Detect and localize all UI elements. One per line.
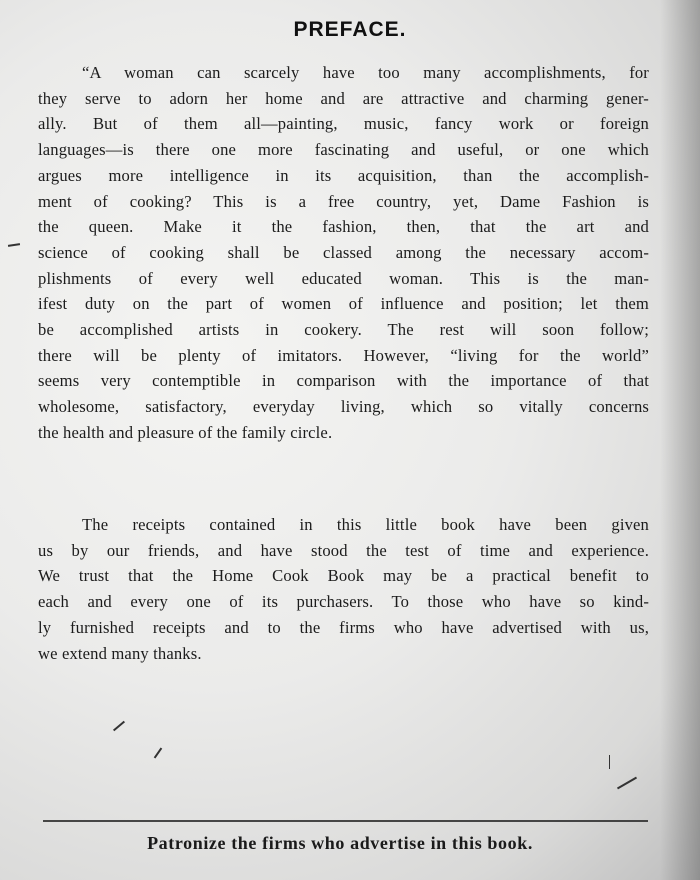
text-line: languages—is there one more fascinating … xyxy=(38,137,649,163)
text-line: seems very contemptible in comparison wi… xyxy=(38,368,649,394)
text-line: there will be plenty of imitators. Howev… xyxy=(38,343,649,369)
text-line: they serve to adorn her home and are att… xyxy=(38,86,649,112)
scan-speck xyxy=(113,721,125,732)
text-line: ally. But of them all—painting, music, f… xyxy=(38,111,649,137)
text-line: ifest duty on the part of women of influ… xyxy=(38,291,649,317)
text-line: us by our friends, and have stood the te… xyxy=(38,538,649,564)
text-line: science of cooking shall be classed amon… xyxy=(38,240,649,266)
footer-note: Patronize the firms who advertise in thi… xyxy=(0,833,700,854)
text-line: each and every one of its purchasers. To… xyxy=(38,589,649,615)
scan-speck xyxy=(609,755,610,769)
text-line: the health and pleasure of the family ci… xyxy=(38,420,649,446)
text-line: ly furnished receipts and to the firms w… xyxy=(38,615,649,641)
text-line: The receipts contained in this little bo… xyxy=(38,512,649,538)
text-line: argues more intelligence in its acquisit… xyxy=(38,163,649,189)
text-line: “A woman can scarcely have too many acco… xyxy=(38,60,649,86)
text-line: ment of cooking? This is a free country,… xyxy=(38,189,649,215)
preface-paragraph-2: The receipts contained in this little bo… xyxy=(38,512,649,666)
text-line: be accomplished artists in cookery. The … xyxy=(38,317,649,343)
preface-paragraph-1: “A woman can scarcely have too many acco… xyxy=(38,60,649,446)
scan-speck xyxy=(8,243,20,247)
footer-divider xyxy=(43,820,648,822)
text-line: the queen. Make it the fashion, then, th… xyxy=(38,214,649,240)
text-line: We trust that the Home Cook Book may be … xyxy=(38,563,649,589)
scan-speck xyxy=(617,777,637,790)
text-line: we extend many thanks. xyxy=(38,641,649,667)
text-line: plishments of every well educated woman.… xyxy=(38,266,649,292)
page-title: PREFACE. xyxy=(0,18,700,42)
scan-speck xyxy=(154,748,163,759)
text-line: wholesome, satisfactory, everyday living… xyxy=(38,394,649,420)
scanned-page: PREFACE. “A woman can scarcely have too … xyxy=(0,0,700,880)
